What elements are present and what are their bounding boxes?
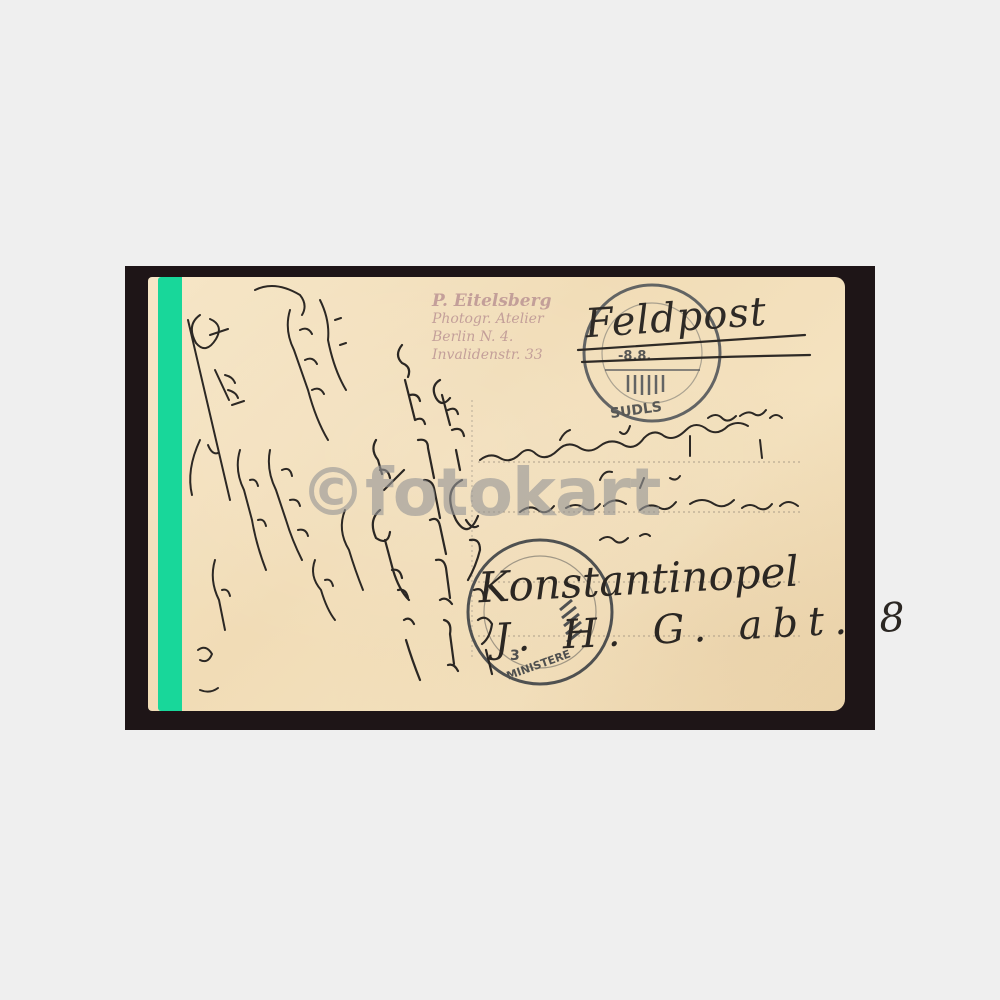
stamp-line-3: Berlin N. 4. <box>432 328 551 346</box>
watermark: ©fotokart <box>300 460 660 526</box>
stamp-line-1: P. Eitelsberg <box>432 292 551 310</box>
stamp-line-2: Photogr. Atelier <box>432 310 551 328</box>
photographer-stamp: P. Eitelsberg Photogr. Atelier Berlin N.… <box>432 292 551 364</box>
svg-text:-8.8.: -8.8. <box>618 349 651 364</box>
stamp-line-4: Invalidenstr. 33 <box>432 346 551 364</box>
